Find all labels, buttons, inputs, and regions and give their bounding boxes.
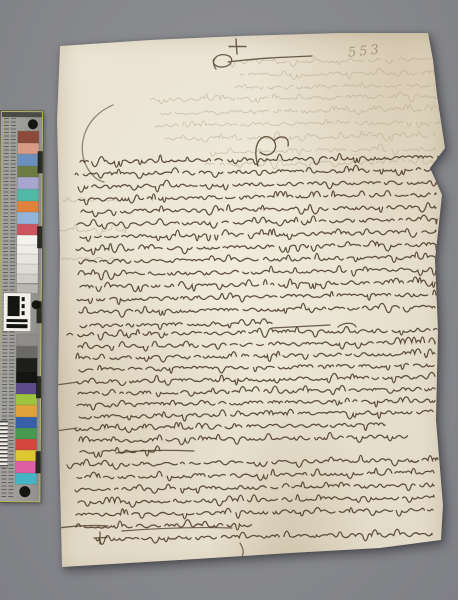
handwritten-line <box>77 468 434 481</box>
handwritten-line <box>77 215 437 228</box>
handwritten-line <box>81 203 436 217</box>
ink-flourish <box>272 323 356 328</box>
handwritten-line <box>78 266 440 280</box>
handwritten-line <box>78 180 437 192</box>
handwritten-line <box>80 319 277 330</box>
ink-flourish <box>122 528 232 531</box>
handwritten-line <box>80 229 436 242</box>
handwritten-line <box>75 165 437 178</box>
bleed-through-line <box>160 105 440 115</box>
handwritten-line <box>77 372 435 385</box>
ink-flourish <box>230 543 243 561</box>
handwritten-line <box>79 303 435 317</box>
handwritten-line <box>78 386 440 397</box>
bleed-through-line <box>235 82 435 89</box>
bleed-through-line <box>240 68 435 79</box>
ink-flourish <box>55 428 77 431</box>
ink-flourish <box>94 532 107 544</box>
ink-flourish <box>213 55 312 69</box>
handwritten-line <box>80 446 160 457</box>
handwritten-line <box>67 455 438 469</box>
handwritten-line <box>96 529 432 544</box>
ink-flourish <box>56 382 78 385</box>
handwritten-line <box>79 409 433 421</box>
handwritten-line <box>77 290 436 305</box>
handwriting-ink <box>55 30 448 575</box>
handwritten-line <box>76 349 435 362</box>
handwritten-line <box>75 423 385 433</box>
handwritten-line <box>80 277 435 292</box>
ink-flourish <box>82 105 113 182</box>
paper-shadow-wrap: 553 <box>0 0 458 600</box>
handwritten-line <box>75 482 434 493</box>
handwritten-line <box>77 397 439 410</box>
bleed-through-line <box>150 92 440 104</box>
handwritten-line <box>76 241 437 255</box>
manuscript-page: 553 <box>55 30 448 575</box>
handwritten-line <box>67 327 437 340</box>
bleed-through-line <box>165 131 435 142</box>
handwritten-line <box>79 363 434 373</box>
handwritten-line <box>78 337 435 351</box>
ink-flourish <box>229 39 246 54</box>
handwritten-line <box>79 432 411 444</box>
handwritten-line <box>78 495 434 507</box>
handwritten-line <box>79 252 436 264</box>
bleed-through-line <box>210 144 435 156</box>
handwritten-line <box>76 508 433 519</box>
handwritten-line <box>79 191 440 205</box>
bleed-through-line <box>155 119 440 127</box>
photo-background: 553 <box>0 0 458 600</box>
